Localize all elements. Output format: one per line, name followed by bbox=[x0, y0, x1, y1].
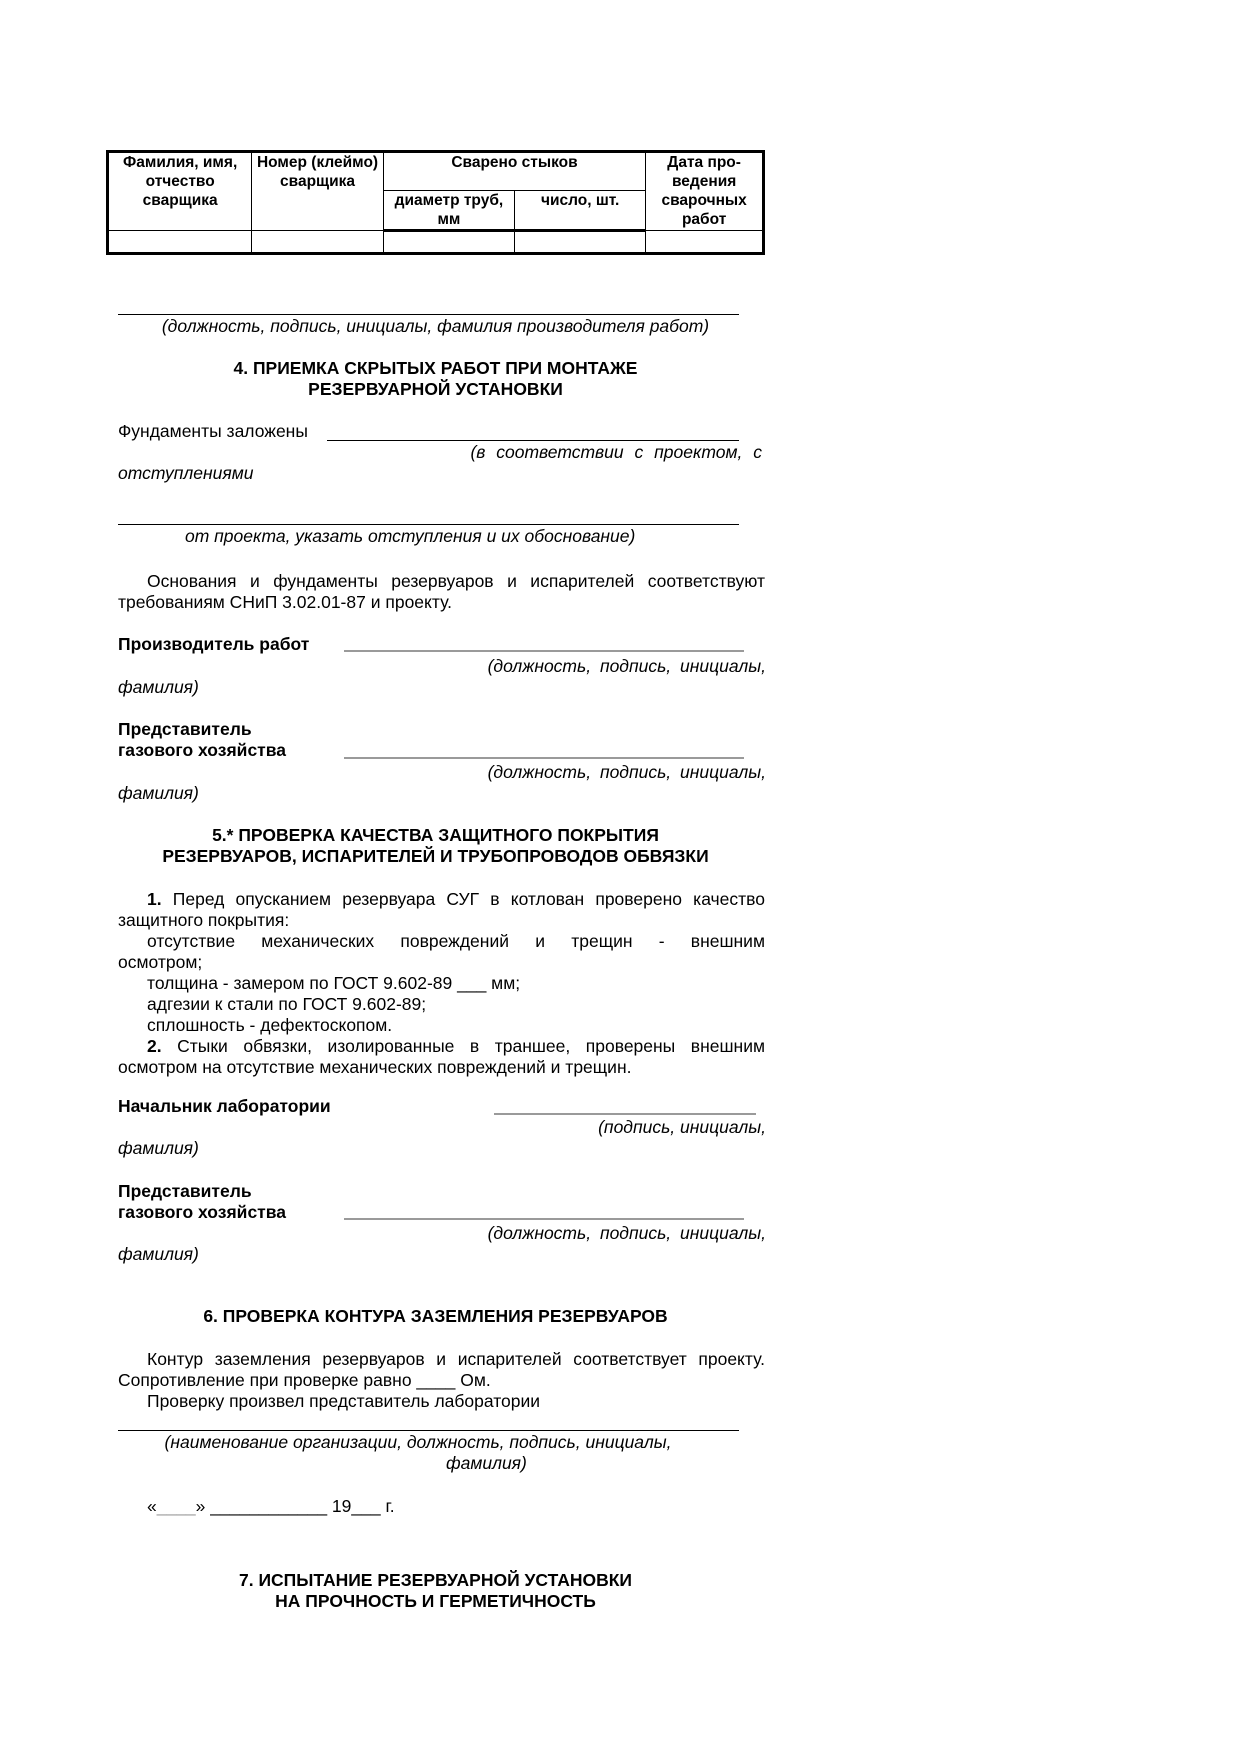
header-welding-date: Дата про-ведения сварочных работ bbox=[646, 152, 764, 231]
lab-rep-caption-2: фамилия) bbox=[446, 1453, 527, 1474]
lab-head-label: Начальник лаборатории bbox=[118, 1096, 331, 1117]
check-1-line1: отсутствие механических повреждений и тр… bbox=[118, 931, 765, 952]
grounding-line1: Контур заземления резервуаров и испарите… bbox=[118, 1349, 765, 1370]
welders-table: Фамилия, имя, отчество сварщика Номер (к… bbox=[106, 150, 765, 255]
foundations-paragraph: Основания и фундаменты резервуаров и исп… bbox=[118, 571, 765, 613]
producer-sign-caption-1: (должность, подпись, инициалы, bbox=[488, 656, 766, 677]
section-4-title-line2: РЕЗЕРВУАРНОЙ УСТАНОВКИ bbox=[106, 379, 765, 400]
section-5-title-line2: РЕЗЕРВУАРОВ, ИСПАРИТЕЛЕЙ И ТРУБОПРОВОДОВ… bbox=[106, 846, 765, 867]
item-1-line1: 1. Перед опусканием резервуара СУГ в кот… bbox=[118, 889, 765, 910]
section-6-body: Контур заземления резервуаров и испарите… bbox=[118, 1349, 765, 1412]
producer-signature-caption: (должность, подпись, инициалы, фамилия п… bbox=[106, 316, 765, 337]
check-2: толщина - замером по ГОСТ 9.602-89 ___ м… bbox=[118, 973, 765, 994]
header-joint-count: число, шт. bbox=[515, 191, 646, 231]
section-5-title-line1: 5.* ПРОВЕРКА КАЧЕСТВА ЗАЩИТНОГО ПОКРЫТИЯ bbox=[106, 825, 765, 846]
section-7-title-line2: НА ПРОЧНОСТЬ И ГЕРМЕТИЧНОСТЬ bbox=[106, 1591, 765, 1612]
lab-head-sign-line[interactable] bbox=[494, 1113, 756, 1115]
check-1-line2: осмотром; bbox=[118, 952, 765, 973]
gas-rep-label-5: Представитель газового хозяйства bbox=[118, 1181, 286, 1223]
deviation-line[interactable] bbox=[118, 524, 739, 525]
item-1-line2: защитного покрытия: bbox=[118, 910, 765, 931]
header-welder-number: Номер (клеймо) сварщика bbox=[252, 152, 383, 231]
cell-name[interactable] bbox=[108, 231, 252, 254]
header-welded-joints: Сварено стыков bbox=[383, 152, 646, 191]
check-4: сплошность - дефектоскопом. bbox=[118, 1015, 765, 1036]
header-welder-name: Фамилия, имя, отчество сварщика bbox=[108, 152, 252, 231]
producer-label: Производитель работ bbox=[118, 634, 309, 655]
lab-head-caption-1: (подпись, инициалы, bbox=[598, 1117, 766, 1138]
lab-rep-line[interactable] bbox=[118, 1430, 739, 1431]
producer-sign-line[interactable] bbox=[344, 650, 744, 652]
foundations-caption-2: отступлениями bbox=[118, 463, 253, 484]
lab-head-caption-2: фамилия) bbox=[118, 1138, 199, 1159]
gas-rep-sign-line-5[interactable] bbox=[344, 1218, 744, 1220]
gas-rep-caption-5-2: фамилия) bbox=[118, 1244, 199, 1265]
date-line: «____» ____________ 19___ г. bbox=[147, 1496, 395, 1517]
gas-rep-label-4: Представитель газового хозяйства bbox=[118, 719, 286, 761]
foundations-caption-1: (в соответствии с проектом, с bbox=[470, 442, 762, 463]
producer-sign-caption-2: фамилия) bbox=[118, 677, 199, 698]
table-row bbox=[108, 231, 764, 254]
cell-number[interactable] bbox=[252, 231, 383, 254]
check-3: адгезии к стали по ГОСТ 9.602-89; bbox=[118, 994, 765, 1015]
cell-count[interactable] bbox=[515, 231, 646, 254]
lab-rep-caption-1: (наименование организации, должность, по… bbox=[118, 1432, 718, 1453]
grounding-line2: Сопротивление при проверке равно ____ Ом… bbox=[118, 1370, 765, 1391]
grounding-line3: Проверку произвел представитель лаборато… bbox=[118, 1391, 765, 1412]
header-pipe-diameter: диаметр труб, мм bbox=[383, 191, 514, 231]
cell-diameter[interactable] bbox=[383, 231, 514, 254]
section-5-body: 1. Перед опусканием резервуара СУГ в кот… bbox=[118, 889, 765, 1078]
item-2-line1: 2. Стыки обвязки, изолированные в транше… bbox=[118, 1036, 765, 1057]
section-7-title-line1: 7. ИСПЫТАНИЕ РЕЗЕРВУАРНОЙ УСТАНОВКИ bbox=[106, 1570, 765, 1591]
gas-rep-caption-4-2: фамилия) bbox=[118, 783, 199, 804]
section-4-title-line1: 4. ПРИЕМКА СКРЫТЫХ РАБОТ ПРИ МОНТАЖЕ bbox=[106, 358, 765, 379]
producer-signature-line[interactable] bbox=[118, 314, 739, 315]
date-day-field[interactable]: ____ bbox=[157, 1496, 196, 1516]
foundations-line[interactable] bbox=[327, 440, 739, 441]
gas-rep-sign-line-4[interactable] bbox=[344, 757, 744, 759]
gas-rep-caption-5-1: (должность, подпись, инициалы, bbox=[488, 1223, 766, 1244]
section-6-title: 6. ПРОВЕРКА КОНТУРА ЗАЗЕМЛЕНИЯ РЕЗЕРВУАР… bbox=[106, 1306, 765, 1327]
foundations-label: Фундаменты заложены bbox=[118, 421, 308, 442]
gas-rep-caption-4-1: (должность, подпись, инициалы, bbox=[488, 762, 766, 783]
deviation-caption: от проекта, указать отступления и их обо… bbox=[185, 526, 635, 547]
cell-date[interactable] bbox=[646, 231, 764, 254]
item-2-line2: осмотром на отсутствие механических повр… bbox=[118, 1057, 765, 1078]
